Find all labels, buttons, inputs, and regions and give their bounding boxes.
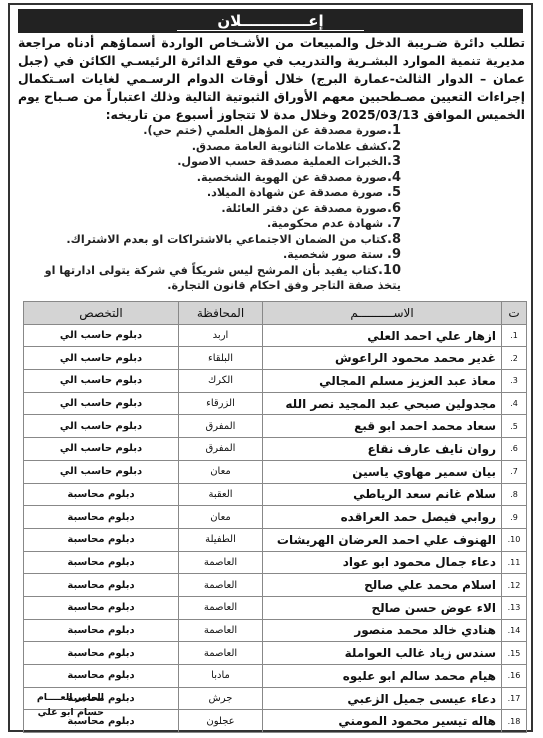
table-row: 16.هيام محمد سالم ابو عليوهمادبادبلوم مح…	[24, 665, 527, 688]
header-name: الاســــــــــم	[263, 302, 502, 325]
cell-governorate: معان	[179, 506, 263, 529]
cell-name: هنادي خالد محمد منصور	[263, 619, 502, 642]
cell-name: بيان سمير مهاوي ياسين	[263, 460, 502, 483]
requirement-item: 6.صورة مصدقة عن دفتر العائلة.	[31, 201, 401, 217]
cell-specialty: دبلوم حاسب الي	[24, 347, 179, 370]
cell-governorate: الطفيلة	[179, 528, 263, 551]
cell-name: الاء عوض حسن صالح	[263, 596, 502, 619]
cell-governorate: المفرق	[179, 438, 263, 461]
cell-specialty: دبلوم محاسبة	[24, 596, 179, 619]
cell-index: 13.	[502, 596, 527, 619]
cell-index: 12.	[502, 574, 527, 597]
signature-name: حسام ابو علي	[24, 705, 104, 720]
cell-index: 17.	[502, 687, 527, 710]
candidates-table-body: 1.ازهار علي احمد العلياربددبلوم حاسب الي…	[24, 324, 527, 732]
cell-governorate: العاصمة	[179, 596, 263, 619]
requirement-item: 9. ستة صور شخصية.	[31, 247, 401, 263]
cell-index: 5.	[502, 415, 527, 438]
cell-name: مجدولين صبحي عبد المجيد نصر الله	[263, 392, 502, 415]
cell-index: 16.	[502, 665, 527, 688]
table-row: 4.مجدولين صبحي عبد المجيد نصر اللهالزرقا…	[24, 392, 527, 415]
cell-index: 4.	[502, 392, 527, 415]
cell-index: 15.	[502, 642, 527, 665]
requirement-item: 7. شهادة عدم محكومية.	[31, 216, 401, 232]
cell-specialty: دبلوم محاسبة	[24, 551, 179, 574]
cell-name: سندس زياد غالب العواملة	[263, 642, 502, 665]
requirement-item: 3.الخبرات العملية مصدقة حسب الاصول.	[31, 154, 401, 170]
header-index: ت	[502, 302, 527, 325]
table-row: 9.روابي فيصل حمد العراقدهمعاندبلوم محاسب…	[24, 506, 527, 529]
cell-specialty: دبلوم محاسبة	[24, 506, 179, 529]
cell-name: دعاء جمال محمود ابو عواد	[263, 551, 502, 574]
table-row: 6.روان نايف عارف نقاعالمفرقدبلوم حاسب ال…	[24, 438, 527, 461]
cell-name: غدير محمد محمود الراعوش	[263, 347, 502, 370]
cell-specialty: دبلوم حاسب الي	[24, 438, 179, 461]
cell-index: 9.	[502, 506, 527, 529]
requirement-item: 4.صورة مصدقة عن الهوية الشخصية.	[31, 170, 401, 186]
table-row: 3.معاذ عبد العزيز مسلم المجاليالكركدبلوم…	[24, 370, 527, 393]
requirement-item: 5. صورة مصدقة عن شهادة الميلاد.	[31, 185, 401, 201]
cell-index: 6.	[502, 438, 527, 461]
table-row: 10.الهنوف علي احمد العرضان الهريشاتالطفي…	[24, 528, 527, 551]
cell-specialty: دبلوم محاسبة	[24, 619, 179, 642]
announcement-title-bar: إعـــــــــــــلان	[18, 9, 523, 33]
cell-specialty: دبلوم محاسبة	[24, 574, 179, 597]
cell-index: 1.	[502, 324, 527, 347]
requirement-item: 1.صورة مصدقة عن المؤهل العلمي (ختم حي).	[31, 123, 401, 139]
cell-specialty: دبلوم حاسب الي	[24, 415, 179, 438]
candidates-table: ت الاســــــــــم المحافظة التخصص 1.ازها…	[23, 301, 527, 733]
cell-governorate: العاصمة	[179, 642, 263, 665]
cell-governorate: العاصمة	[179, 551, 263, 574]
cell-name: معاذ عبد العزيز مسلم المجالي	[263, 370, 502, 393]
cell-governorate: الزرقاء	[179, 392, 263, 415]
requirements-list: 1.صورة مصدقة عن المؤهل العلمي (ختم حي). …	[31, 123, 401, 294]
announcement-frame: إعـــــــــــــلان تطلب دائرة ضـريبة الد…	[8, 3, 533, 732]
signature-block: المدير العــــام حسام ابو علي	[24, 690, 104, 720]
cell-name: سلام غانم سعد الرياطي	[263, 483, 502, 506]
cell-name: روان نايف عارف نقاع	[263, 438, 502, 461]
cell-index: 10.	[502, 528, 527, 551]
cell-index: 18.	[502, 710, 527, 733]
requirement-item: 10.كتاب يفيد بأن المرشح ليس شريكاً في شر…	[31, 263, 401, 294]
cell-governorate: اربد	[179, 324, 263, 347]
table-header-row: ت الاســــــــــم المحافظة التخصص	[24, 302, 527, 325]
cell-specialty: دبلوم حاسب الي	[24, 460, 179, 483]
cell-governorate: العاصمة	[179, 619, 263, 642]
table-row: 5.سعاد محمد احمد ابو قبعالمفرقدبلوم حاسب…	[24, 415, 527, 438]
cell-specialty: دبلوم حاسب الي	[24, 370, 179, 393]
table-row: 1.ازهار علي احمد العلياربددبلوم حاسب الي	[24, 324, 527, 347]
cell-name: سعاد محمد احمد ابو قبع	[263, 415, 502, 438]
cell-governorate: البلقاء	[179, 347, 263, 370]
cell-specialty: دبلوم محاسبة	[24, 642, 179, 665]
cell-governorate: الكرك	[179, 370, 263, 393]
cell-index: 8.	[502, 483, 527, 506]
cell-name: اسلام محمد علي صالح	[263, 574, 502, 597]
cell-index: 3.	[502, 370, 527, 393]
table-row: 11.دعاء جمال محمود ابو عوادالعاصمةدبلوم …	[24, 551, 527, 574]
table-row: 13.الاء عوض حسن صالحالعاصمةدبلوم محاسبة	[24, 596, 527, 619]
table-row: 7.بيان سمير مهاوي ياسينمعاندبلوم حاسب ال…	[24, 460, 527, 483]
signature-position: المدير العــــام	[24, 690, 104, 705]
table-row: 12.اسلام محمد علي صالحالعاصمةدبلوم محاسب…	[24, 574, 527, 597]
cell-governorate: المفرق	[179, 415, 263, 438]
cell-governorate: مادبا	[179, 665, 263, 688]
table-row: 15.سندس زياد غالب العواملةالعاصمةدبلوم م…	[24, 642, 527, 665]
cell-specialty: دبلوم محاسبة	[24, 528, 179, 551]
cell-specialty: دبلوم حاسب الي	[24, 392, 179, 415]
cell-name: روابي فيصل حمد العراقده	[263, 506, 502, 529]
cell-specialty: دبلوم محاسبة	[24, 665, 179, 688]
cell-governorate: العقبة	[179, 483, 263, 506]
cell-name: الهنوف علي احمد العرضان الهريشات	[263, 528, 502, 551]
table-row: 14.هنادي خالد محمد منصورالعاصمةدبلوم محا…	[24, 619, 527, 642]
cell-index: 2.	[502, 347, 527, 370]
cell-specialty: دبلوم محاسبة	[24, 483, 179, 506]
cell-name: دعاء عيسى جميل الزعبي	[263, 687, 502, 710]
cell-governorate: معان	[179, 460, 263, 483]
cell-governorate: جرش	[179, 687, 263, 710]
header-specialty: التخصص	[24, 302, 179, 325]
cell-name: هاله تيسير محمود المومني	[263, 710, 502, 733]
cell-governorate: عجلون	[179, 710, 263, 733]
cell-index: 14.	[502, 619, 527, 642]
requirement-item: 8.كتاب من الضمان الاجتماعي بالاشتراكات ا…	[31, 232, 401, 248]
header-governorate: المحافظة	[179, 302, 263, 325]
cell-name: ازهار علي احمد العلي	[263, 324, 502, 347]
table-row: 8.سلام غانم سعد الرياطيالعقبةدبلوم محاسب…	[24, 483, 527, 506]
cell-specialty: دبلوم حاسب الي	[24, 324, 179, 347]
announcement-title: إعـــــــــــــلان	[177, 12, 363, 31]
table-row: 2.غدير محمد محمود الراعوشالبلقاءدبلوم حا…	[24, 347, 527, 370]
announcement-intro: تطلب دائرة ضـريبة الدخل والمبيعات من الأ…	[18, 34, 525, 124]
requirement-item: 2.كشف علامات الثانوية العامة مصدق.	[31, 139, 401, 155]
cell-governorate: العاصمة	[179, 574, 263, 597]
cell-index: 11.	[502, 551, 527, 574]
cell-name: هيام محمد سالم ابو عليوه	[263, 665, 502, 688]
cell-index: 7.	[502, 460, 527, 483]
